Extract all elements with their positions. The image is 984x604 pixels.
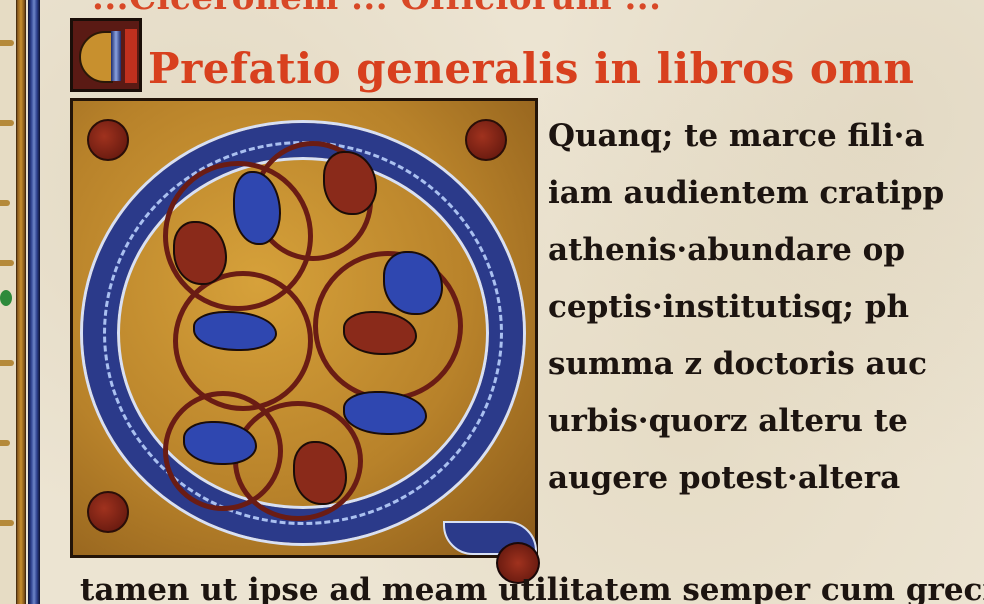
blue-border-bar <box>28 0 40 604</box>
green-margin-leaf <box>0 290 12 306</box>
small-initial-i <box>70 18 142 92</box>
text-line: iam audientem cratipp <box>548 165 984 222</box>
text-line: summa z doctoris auc <box>548 336 984 393</box>
text-line: augere potest·altera <box>548 450 984 507</box>
small-initial-gold-fill <box>79 31 113 83</box>
text-line: ceptis·institutisq; ph <box>548 279 984 336</box>
illuminated-initial-q <box>70 98 538 558</box>
text-line: Quanq; te marce fili·a <box>548 108 984 165</box>
gold-border-bar <box>16 0 26 604</box>
corner-roundel-tr <box>465 119 507 161</box>
text-line: athenis·abundare op <box>548 222 984 279</box>
small-initial-red-bar <box>125 29 137 83</box>
bottom-text-line: tamen ut ipse ad meam utilitatem semper … <box>80 572 984 604</box>
corner-roundel-tl <box>87 119 129 161</box>
rubric-top-line: ...Ciceronem ... Officiorum ... <box>92 0 661 18</box>
text-line: urbis·quorz alteru te <box>548 393 984 450</box>
corner-roundel-bl <box>87 491 129 533</box>
body-text: Quanq; te marce fili·a iam audientem cra… <box>548 108 984 507</box>
small-initial-blue-bar <box>111 31 121 81</box>
rubric-heading: Prefatio generalis in libros omn <box>148 44 914 93</box>
